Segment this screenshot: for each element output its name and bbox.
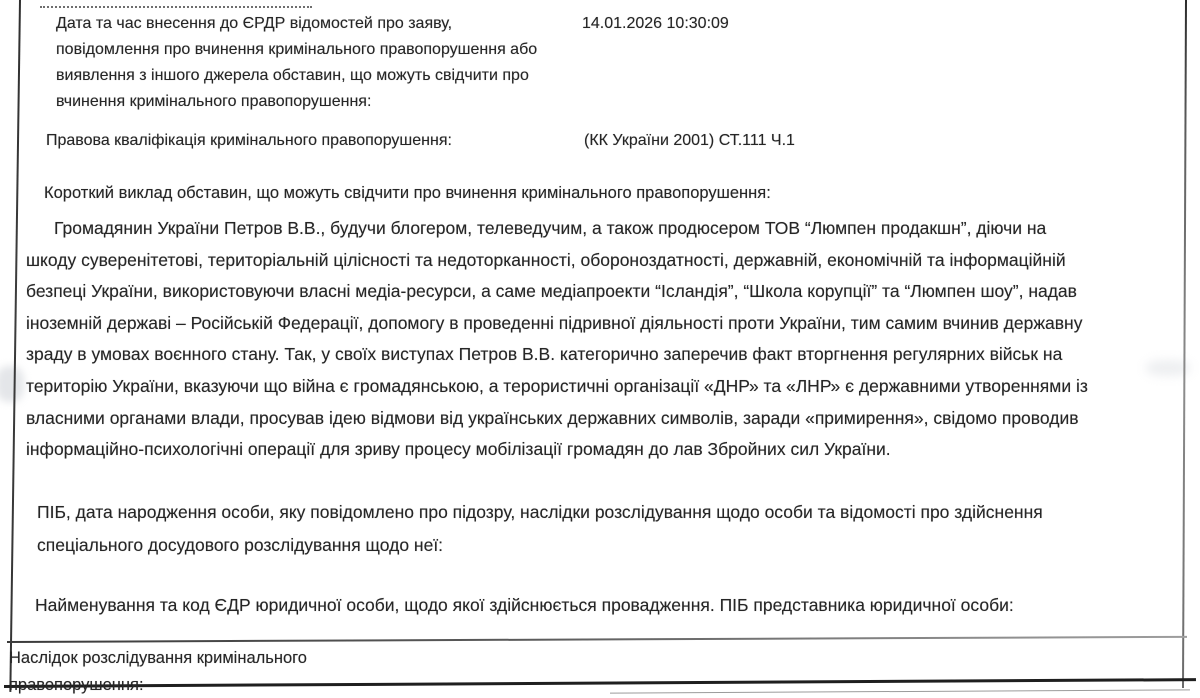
- summary-paragraph: Громадянин України Петров В.В., будучи б…: [26, 213, 1184, 466]
- field-label-legal-qualification: Правова кваліфікація кримінального право…: [46, 129, 586, 153]
- document-bottom-border-shadow: [610, 689, 1190, 693]
- legal-entity-section-label: Найменування та код ЄДР юридичної особи,…: [35, 592, 1185, 618]
- suspect-section-label: ПІБ, дата народження особи, яку повідомл…: [37, 496, 1187, 561]
- field-value-legal-qualification: (КК України 2001) СТ.111 Ч.1: [584, 129, 795, 153]
- investigation-result-label: Наслідок розслідування кримінального пра…: [9, 645, 479, 698]
- scan-smudge-left: [0, 366, 24, 402]
- field-value-erdr-entry-datetime: 14.01.2026 10:30:09: [582, 11, 729, 37]
- section-divider-line: [7, 636, 1187, 643]
- field-label-erdr-entry-datetime: Дата та час внесення до ЄРДР відомостей …: [56, 11, 596, 115]
- document-left-border: [9, 0, 21, 692]
- summary-heading: Короткий виклад обставин, що можуть свід…: [44, 181, 1184, 205]
- scanned-document-page: Дата та час внесення до ЄРДР відомостей …: [0, 0, 1200, 698]
- clipped-text-remnant: [40, 2, 312, 8]
